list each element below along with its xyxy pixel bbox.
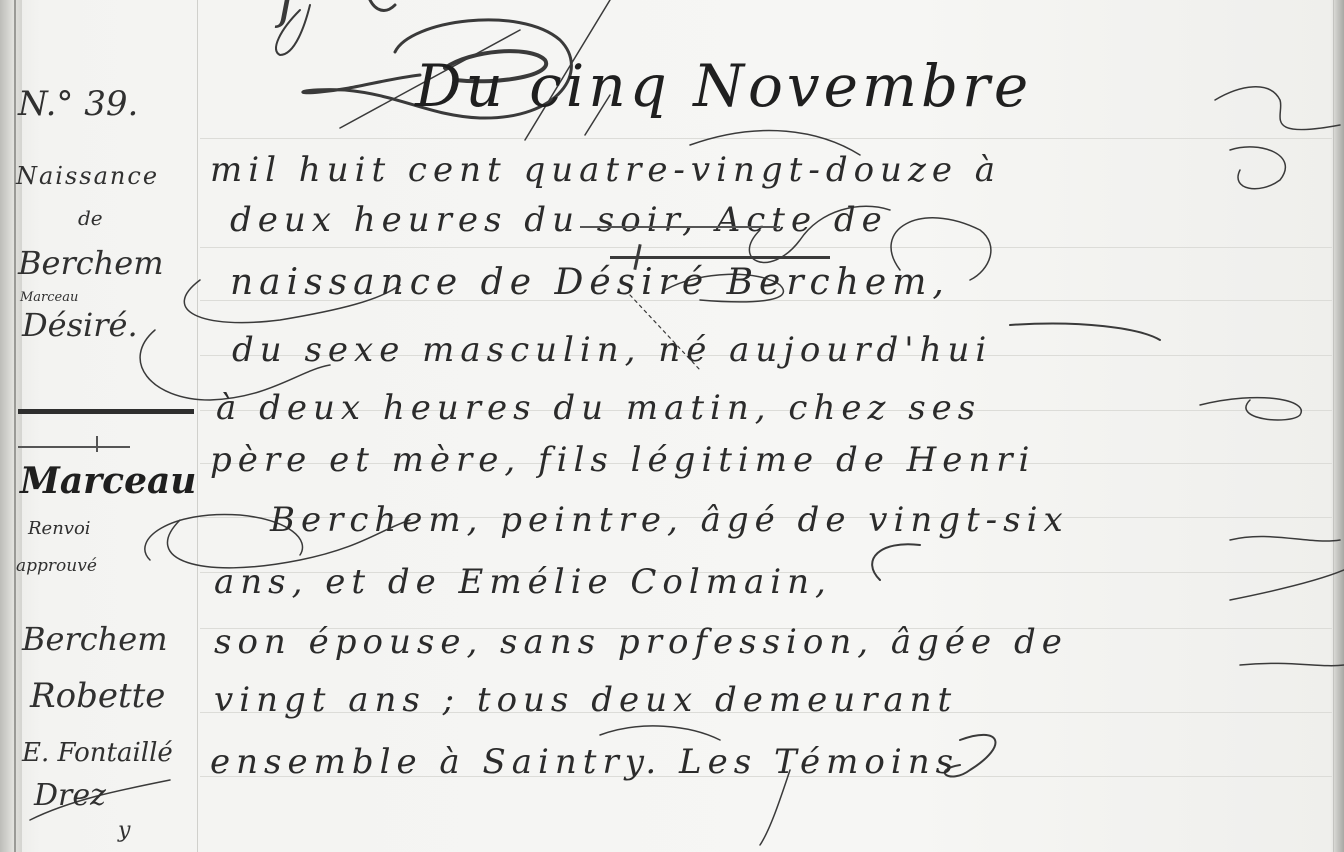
margin-inserted-given-name: Marceau [20, 290, 78, 305]
renvoi-word: Marceau [20, 460, 196, 502]
page-right-edge [1334, 0, 1344, 852]
entry-date-heading: Du cinq Novembre [415, 52, 1032, 120]
strike-through [580, 226, 780, 228]
signature-drez: Drez [34, 778, 106, 813]
binding-spine [0, 0, 22, 852]
ruled-line [200, 247, 1332, 248]
signature-robette: Robette [30, 676, 165, 716]
body-line-4: du sexe masculin, né aujourd'hui [232, 330, 992, 370]
body-line-9: son épouse, sans profession, âgée de [214, 622, 1068, 662]
margin-column-rule [197, 0, 198, 852]
insertion-rule [610, 256, 830, 259]
body-line-1: mil huit cent quatre-vingt-douze à [210, 150, 1001, 190]
signature-fontaille: E. Fontaillé [22, 738, 173, 768]
margin-title-de: de [78, 206, 103, 230]
renvoi-approved-note: approuvé [16, 556, 97, 576]
renvoi-rule [18, 446, 130, 448]
entry-separator-rule [18, 409, 194, 414]
body-line-8: ans, et de Emélie Colmain, [214, 562, 832, 602]
body-line-10: vingt ans ; tous deux demeurant [214, 680, 957, 720]
signature-paraph: y [118, 818, 130, 843]
body-line-5: à deux heures du matin, chez ses [216, 388, 981, 428]
heading-fragment: f [278, 0, 299, 30]
body-line-6: père et mère, fils légitime de Henri [210, 440, 1035, 480]
body-line-11: ensemble à Saintry. Les Témoins [210, 742, 959, 782]
body-line-3: naissance de Désiré Berchem, [230, 262, 950, 303]
register-page: f Du cinq Novembre N.° 39. Naissance de … [0, 0, 1344, 852]
margin-title-naissance: Naissance [16, 162, 159, 190]
body-line-7: Berchem, peintre, âgé de vingt-six [270, 500, 1069, 540]
entry-number: N.° 39. [18, 84, 138, 124]
binding-edge-line [14, 0, 16, 852]
renvoi-note: Renvoi [28, 518, 91, 539]
body-line-2: deux heures du soir, Acte de [230, 200, 888, 240]
renvoi-mark [96, 436, 98, 452]
ruled-line [200, 138, 1332, 139]
signature-berchem: Berchem [22, 620, 168, 658]
margin-surname: Berchem [18, 244, 164, 282]
margin-given-name: Désiré. [22, 306, 138, 344]
